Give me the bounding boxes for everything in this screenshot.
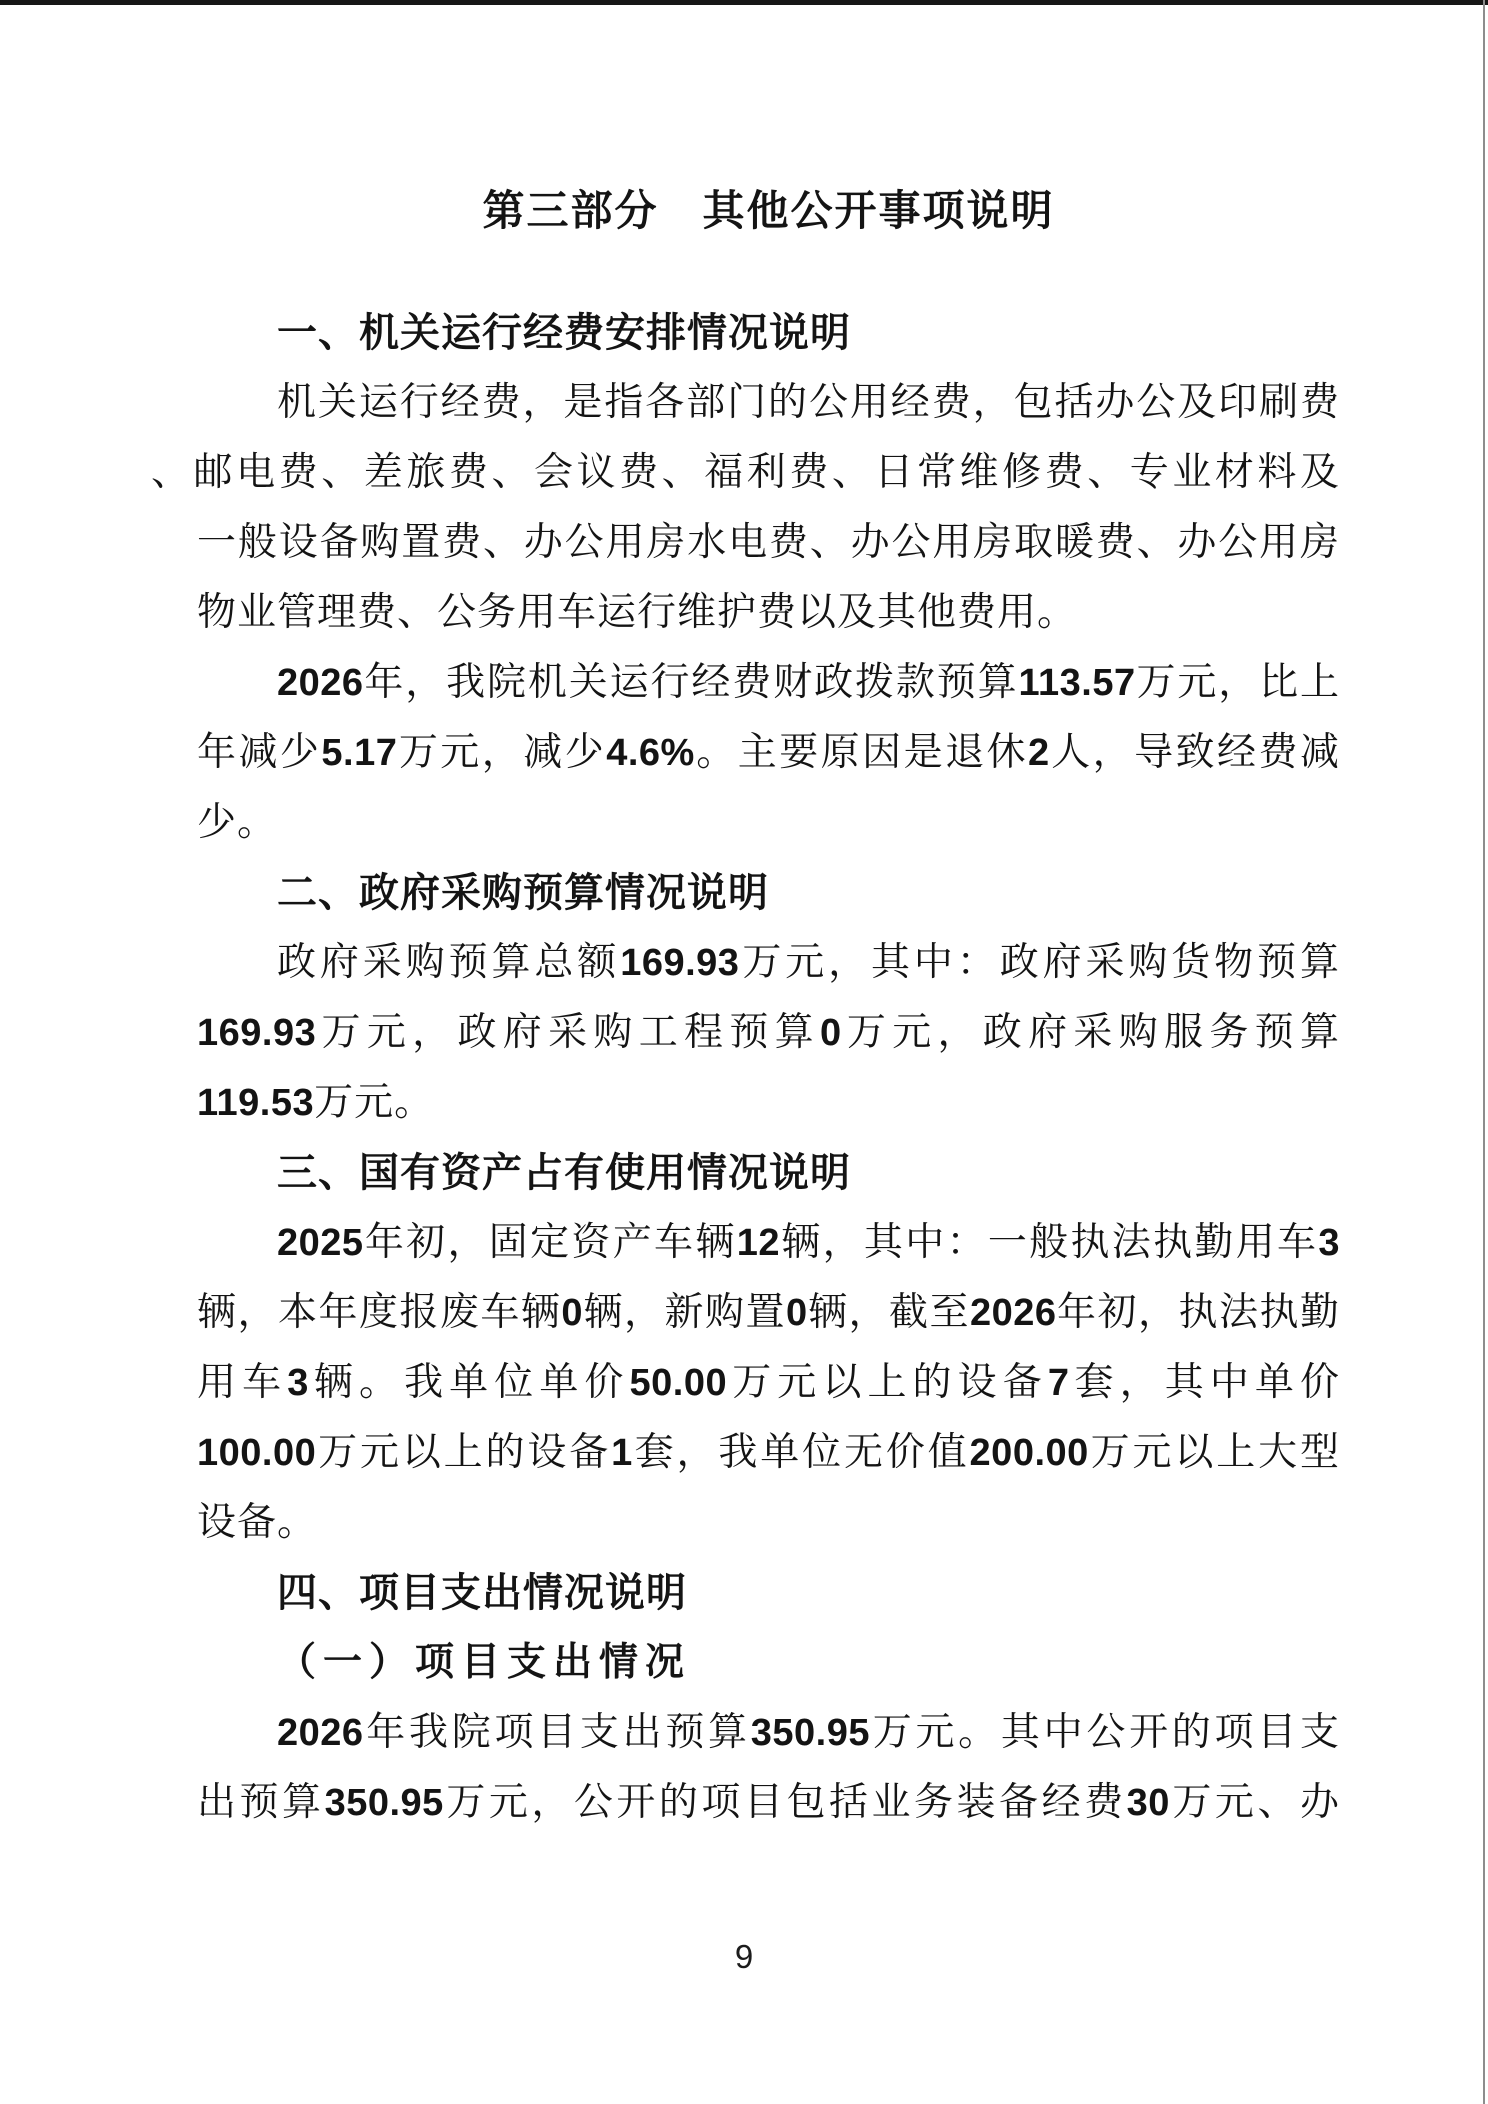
paragraph-line: 一般设备购置费、办公用房水电费、办公用房取暖费、办公用房: [197, 508, 1340, 578]
numeric-value: 3: [1318, 1222, 1340, 1264]
paragraph-line: 用车3辆。我单位单价50.00万元以上的设备7套，其中单价: [197, 1348, 1340, 1418]
paragraph-line: 2026年我院项目支出预算350.95万元。其中公开的项目支: [197, 1698, 1340, 1768]
numeric-value: 2026: [970, 1292, 1057, 1334]
paragraph-line: 设备。: [197, 1488, 1340, 1558]
paragraph-line: 出预算350.95万元，公开的项目包括业务装备经费30万元、办: [197, 1768, 1340, 1838]
paragraph-line: 年减少5.17万元，减少4.6%。主要原因是退休2人，导致经费减: [197, 718, 1340, 788]
paragraph-line: 2025年初，固定资产车辆12辆，其中：一般执法执勤用车3: [197, 1208, 1340, 1278]
paragraph-line: 政府采购预算总额169.93万元，其中：政府采购货物预算: [197, 928, 1340, 998]
numeric-value: 4.6%: [606, 732, 695, 774]
numeric-value: 2: [1028, 732, 1050, 774]
numeric-value: 350.95: [751, 1712, 870, 1754]
document-title: 第三部分 其他公开事项说明: [197, 184, 1340, 240]
numeric-value: 30: [1127, 1782, 1170, 1824]
numeric-value: 50.00: [630, 1362, 728, 1404]
numeric-value: 5.17: [321, 732, 397, 774]
numeric-value: 0: [786, 1292, 808, 1334]
numeric-value: 113.57: [1018, 662, 1135, 704]
paragraph-line: 2026年，我院机关运行经费财政拨款预算113.57万元，比上: [197, 648, 1340, 718]
paragraph-line: 辆，本年度报废车辆0辆，新购置0辆，截至2026年初，执法执勤: [197, 1278, 1340, 1348]
paragraph-line: 100.00万元以上的设备1套，我单位无价值200.00万元以上大型: [197, 1418, 1340, 1488]
sections-container: 一、机关运行经费安排情况说明机关运行经费，是指各部门的公用经费，包括办公及印刷费…: [197, 298, 1340, 1838]
numeric-value: 169.93: [620, 942, 739, 984]
numeric-value: 119.53: [197, 1082, 314, 1124]
section-heading-2: 二、政府采购预算情况说明: [197, 858, 1340, 928]
numeric-value: 100.00: [197, 1432, 316, 1474]
paragraph-line: 、邮电费、差旅费、会议费、福利费、日常维修费、专业材料及: [151, 438, 1340, 508]
section-subheading: （一）项目支出情况: [197, 1628, 1340, 1698]
numeric-value: 2025: [277, 1222, 364, 1264]
document-page: 第三部分 其他公开事项说明 一、机关运行经费安排情况说明机关运行经费，是指各部门…: [0, 0, 1488, 2104]
page-right-border-line: [1483, 0, 1485, 2104]
numeric-value: 0: [561, 1292, 583, 1334]
numeric-value: 2026: [277, 662, 364, 704]
numeric-value: 200.00: [970, 1432, 1089, 1474]
page-number: 9: [0, 1938, 1488, 1976]
numeric-value: 2026: [277, 1712, 364, 1754]
page-content: 第三部分 其他公开事项说明 一、机关运行经费安排情况说明机关运行经费，是指各部门…: [197, 0, 1340, 1838]
numeric-value: 350.95: [325, 1782, 444, 1824]
numeric-value: 3: [287, 1362, 309, 1404]
numeric-value: 12: [737, 1222, 780, 1264]
numeric-value: 7: [1048, 1362, 1070, 1404]
section-heading-4: 四、项目支出情况说明: [197, 1558, 1340, 1628]
numeric-value: 1: [611, 1432, 633, 1474]
paragraph-line: 机关运行经费，是指各部门的公用经费，包括办公及印刷费: [197, 368, 1340, 438]
paragraph-line: 少。: [197, 788, 1340, 858]
section-heading-1: 一、机关运行经费安排情况说明: [197, 298, 1340, 368]
numeric-value: 0: [820, 1012, 842, 1054]
section-heading-3: 三、国有资产占有使用情况说明: [197, 1138, 1340, 1208]
paragraph-line: 169.93万元，政府采购工程预算0万元，政府采购服务预算: [197, 998, 1340, 1068]
paragraph-line: 物业管理费、公务用车运行维护费以及其他费用。: [197, 578, 1340, 648]
paragraph-line: 119.53万元。: [197, 1068, 1340, 1138]
numeric-value: 169.93: [197, 1012, 316, 1054]
